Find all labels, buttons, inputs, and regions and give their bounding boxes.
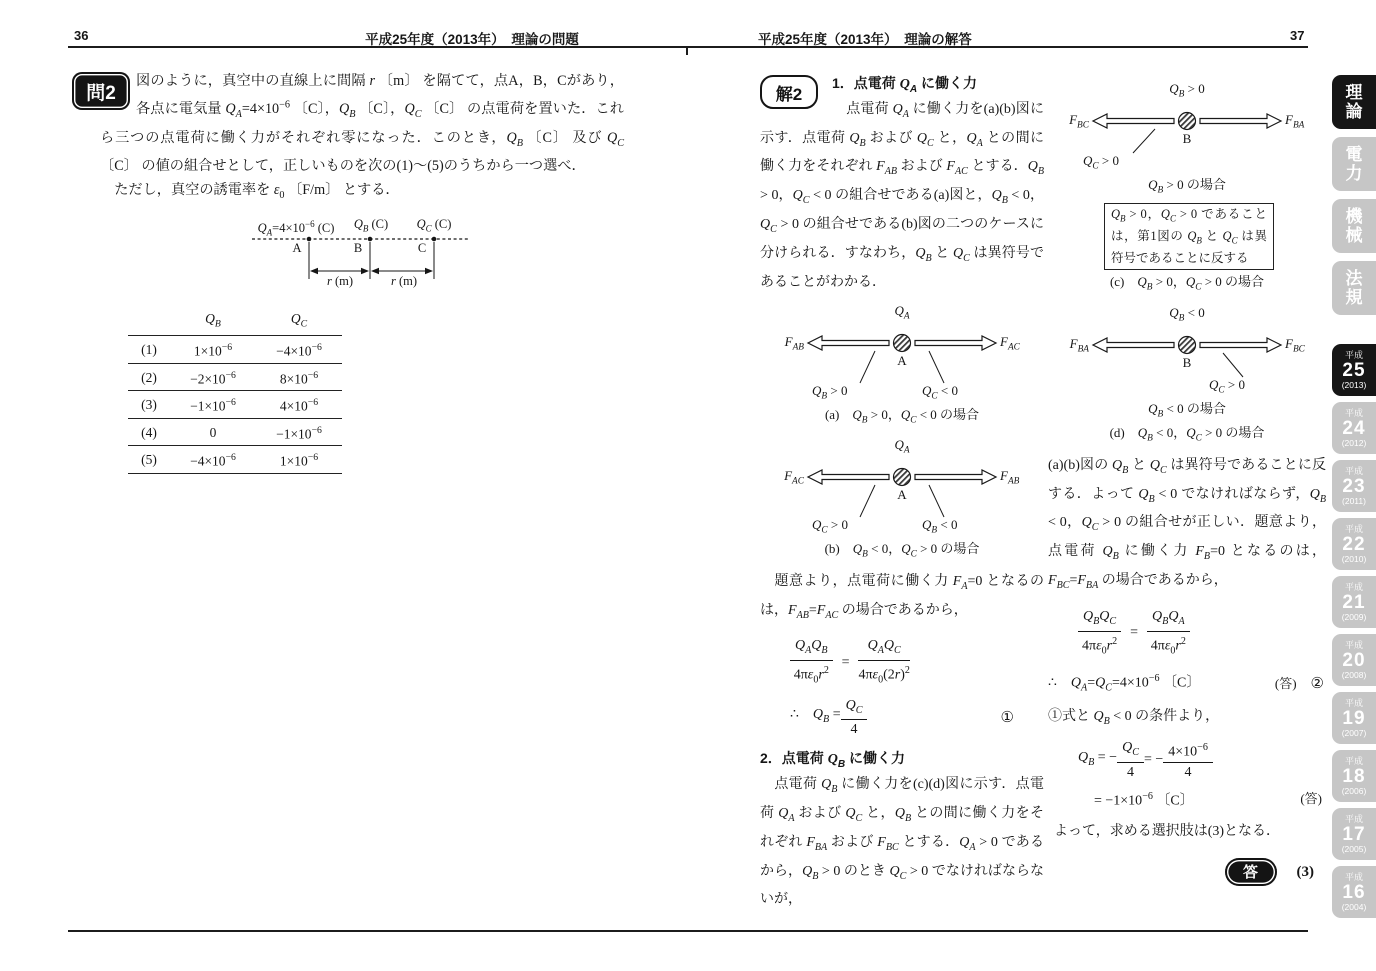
charge-circle [1179, 336, 1196, 353]
header-rule-divider [686, 46, 688, 55]
right-page-header: 平成25年度（2013年） 理論の解答 [758, 28, 972, 48]
charge-c-label: QC (C) [405, 217, 463, 236]
footer-rule [68, 930, 1308, 932]
contradiction-note: QB > 0，QC > 0 であることは，第1図の QB と QC は異符号であ… [1104, 203, 1274, 271]
year-western: (2007) [1342, 728, 1367, 739]
charge-circle [1179, 113, 1196, 130]
year-tab-h21: 平成 21 (2009) [1332, 576, 1376, 628]
top-charge-label: QA [772, 437, 1032, 459]
force-diagram-a: QA FAB FAC A QB > 0 QC < 0 (a) QB > 0，QC… [760, 301, 1044, 430]
table-row: (4)0−1×10−6 [128, 418, 342, 446]
era-label: 平成 [1345, 524, 1363, 535]
solution-right-column: QB > 0 FBC FBA B QC > 0 QB > 0 の場合 QB > … [1048, 73, 1326, 886]
distance-label-left: r (m) [312, 274, 368, 288]
center-point-label: B [1057, 355, 1317, 371]
charge-b-label: QB (C) [342, 217, 400, 236]
problem-note: ただし，真空の誘電率を ε0 〔F/m〕 とする． [100, 179, 624, 207]
point-b-letter: B [351, 241, 365, 255]
year-number: 25 [1342, 361, 1365, 380]
solution-left-column: 解2 1．点電荷 QA に働く力 点電荷 QA に働く力を(a)(b)図に示す．… [760, 73, 1044, 912]
year-number: 22 [1342, 535, 1365, 554]
figure-c-caption: (c) QB > 0，QC > 0 の場合 [1048, 273, 1326, 297]
equation-3: QBQC4πε0r2 = QBQA4πε0r2 [1078, 608, 1326, 659]
distance-label-right: r (m) [376, 274, 432, 288]
table-row: (5)−4×10−61×10−6 [128, 446, 342, 474]
qc-value: −1×10−6 [256, 418, 342, 446]
top-charge-label: QB < 0 [1057, 305, 1317, 327]
subject-tab-kikai: 機 械 [1332, 199, 1376, 253]
book-spread: 36 平成25年度（2013年） 理論の問題 平成25年度（2013年） 理論の… [0, 0, 1376, 971]
force-diagram-b: QA FAC FAB A QC > 0 QB < 0 (b) QB < 0，QC… [760, 435, 1044, 564]
qc-value: 4×10−6 [256, 391, 342, 419]
problem-text: 図のように，真空中の直線上に間隔 r 〔m〕 を隔てて，点A，B，Cがあり，各点… [100, 70, 624, 178]
year-number: 16 [1342, 883, 1365, 902]
era-label: 平成 [1345, 814, 1363, 825]
tab-label: 械 [1346, 226, 1363, 245]
left-annotation: QB > 0 [812, 383, 847, 405]
tab-label: 法 [1346, 269, 1363, 288]
top-charge-label: QB > 0 [1057, 81, 1317, 103]
option-label: (5) [128, 446, 170, 474]
center-point-label: A [772, 487, 1032, 503]
solution-para3: 点電荷 QB に働く力を(c)(d)図に示す．点電荷 QA および QC と，Q… [760, 773, 1044, 912]
era-label: 平成 [1345, 698, 1363, 709]
figure-d-subcaption: QB < 0 の場合 [1048, 400, 1326, 424]
table-header-row: QB QC [128, 307, 342, 336]
condition-line: ①式と QB < 0 の条件より， [1048, 705, 1326, 734]
left-page-number: 36 [74, 28, 88, 43]
qb-value: −2×10−6 [170, 363, 256, 391]
charge-a-label: QA=4×10−6 (C) [234, 217, 358, 240]
subject-tab-riron: 理 論 [1332, 75, 1376, 129]
year-number: 23 [1342, 477, 1365, 496]
qb-value: −1×10−6 [170, 391, 256, 419]
era-label: 平成 [1345, 640, 1363, 651]
solution-para4: (a)(b)図の QB と QC は異符号であることに反する．よって QB < … [1048, 454, 1326, 598]
equation-number-2: ② [1311, 672, 1324, 696]
option-label: (1) [128, 336, 170, 364]
charge-line-diagram: QA=4×10−6 (C) QB (C) QC (C) A B C r (m) … [250, 217, 470, 293]
force-diagram-c: QB > 0 FBC FBA B QC > 0 QB > 0 の場合 QB > … [1048, 79, 1326, 297]
year-western: (2005) [1342, 844, 1367, 855]
answer-badge: 答 [1225, 858, 1277, 886]
point-b-dot [368, 236, 373, 241]
section2-title: 2．点電荷 QB に働く力 [760, 748, 1044, 770]
year-tab-h18: 平成 18 (2006) [1332, 750, 1376, 802]
equation-4: ∴ QA=QC=4×10−6 〔C〕 (答) ② [1048, 667, 1326, 700]
qc-value: 8×10−6 [256, 363, 342, 391]
right-annotation: QC < 0 [922, 383, 958, 405]
equation-6: = −1×10−6 〔C〕 (答) [1094, 785, 1326, 814]
year-number: 19 [1342, 709, 1365, 728]
era-label: 平成 [1345, 756, 1363, 767]
solution-para2: 題意より，点電荷に働く力 FA=0 となるのは，FAB=FAC の場合であるから… [760, 570, 1044, 628]
qb-value: −4×10−6 [170, 446, 256, 474]
year-number: 17 [1342, 825, 1365, 844]
year-number: 21 [1342, 593, 1365, 612]
option-label: (3) [128, 391, 170, 419]
figure-c-subcaption: QB > 0 の場合 [1048, 176, 1326, 200]
era-label: 平成 [1345, 350, 1363, 361]
year-western: (2006) [1342, 786, 1367, 797]
year-western: (2012) [1342, 438, 1367, 449]
tab-label: 規 [1346, 288, 1363, 307]
tab-label: 理 [1346, 83, 1363, 102]
problem-page: 図のように，真空中の直線上に間隔 r 〔m〕 を隔てて，点A，B，Cがあり，各点… [100, 70, 624, 474]
tab-label: 力 [1346, 164, 1363, 183]
solution-para5: よって，求める選択肢は(3)となる． [1048, 820, 1326, 844]
tab-label: 論 [1346, 102, 1363, 121]
option-label: (4) [128, 418, 170, 446]
point-c-dot [432, 236, 437, 241]
point-a-letter: A [290, 241, 304, 255]
header-rule [68, 46, 1308, 48]
charge-circle [894, 469, 911, 486]
year-western: (2013) [1342, 380, 1367, 391]
left-annotation: QC > 0 [1083, 153, 1119, 175]
option-label: (2) [128, 363, 170, 391]
year-tab-h19: 平成 19 (2007) [1332, 692, 1376, 744]
tab-label: 電 [1346, 145, 1363, 164]
year-tab-h25: 平成 25 (2013) [1332, 344, 1376, 396]
left-annotation: QC > 0 [812, 517, 848, 539]
equation-number-1: ① [1001, 706, 1014, 730]
year-number: 20 [1342, 651, 1365, 670]
options-table: QB QC (1)1×10−6−4×10−6 (2)−2×10−68×10−6 … [128, 307, 342, 474]
solution-badge: 解2 [760, 75, 818, 109]
qb-column-header: QB [170, 307, 256, 336]
center-point-label: A [772, 353, 1032, 369]
year-tab-h17: 平成 17 (2005) [1332, 808, 1376, 860]
answer-value: (3) [1297, 860, 1315, 884]
year-number: 24 [1342, 419, 1365, 438]
equation-2: ∴ QB = QC4 ① [790, 697, 1044, 739]
era-label: 平成 [1345, 408, 1363, 419]
year-tab-group: 平成 25 (2013) 平成 24 (2012) 平成 23 (2011) 平… [1332, 344, 1376, 918]
figure-d-caption: (d) QB < 0，QC > 0 の場合 [1048, 424, 1326, 448]
point-c-letter: C [415, 241, 429, 255]
answer-mark: (答) [1275, 672, 1297, 696]
right-annotation: QC > 0 [1209, 377, 1245, 399]
qb-value: 0 [170, 418, 256, 446]
equation-5: QB = − QC4 = − 4×10−64 [1078, 739, 1326, 781]
force-diagram-d: QB < 0 FBA FBC B QC > 0 QB < 0 の場合 (d) Q… [1048, 303, 1326, 448]
solution-para1: 点電荷 QA に働く力を(a)(b)図に示す．点電荷 QB および QC と，Q… [760, 98, 1044, 295]
qc-column-header: QC [256, 307, 342, 336]
subject-tab-denryoku: 電 力 [1332, 137, 1376, 191]
table-row: (2)−2×10−68×10−6 [128, 363, 342, 391]
answer-mark: (答) [1300, 787, 1322, 811]
year-western: (2010) [1342, 554, 1367, 565]
era-label: 平成 [1345, 466, 1363, 477]
charge-circle [894, 334, 911, 351]
year-western: (2008) [1342, 670, 1367, 681]
tab-label: 機 [1346, 207, 1363, 226]
top-charge-label: QA [772, 303, 1032, 325]
year-western: (2009) [1342, 612, 1367, 623]
era-label: 平成 [1345, 872, 1363, 883]
right-annotation: QB < 0 [922, 517, 957, 539]
era-label: 平成 [1345, 582, 1363, 593]
year-western: (2004) [1342, 902, 1367, 913]
qc-value: 1×10−6 [256, 446, 342, 474]
edge-index-tabs: 理 論 電 力 機 械 法 規 平成 25 (2013) 平成 24 (2012… [1332, 75, 1376, 924]
final-answer-row: 答 (3) [1048, 858, 1326, 886]
table-row: (1)1×10−6−4×10−6 [128, 336, 342, 364]
figure-a-caption: (a) QB > 0，QC < 0 の場合 [760, 406, 1044, 430]
year-tab-h22: 平成 22 (2010) [1332, 518, 1376, 570]
year-tab-h16: 平成 16 (2004) [1332, 866, 1376, 918]
equation-1: QAQB4πε0r2 = QAQC4πε0(2r)2 [790, 637, 1044, 688]
table-row: (3)−1×10−64×10−6 [128, 391, 342, 419]
qb-value: 1×10−6 [170, 336, 256, 364]
subject-tab-houki: 法 規 [1332, 261, 1376, 315]
qc-value: −4×10−6 [256, 336, 342, 364]
year-western: (2011) [1342, 496, 1366, 507]
year-tab-h20: 平成 20 (2008) [1332, 634, 1376, 686]
year-tab-h24: 平成 24 (2012) [1332, 402, 1376, 454]
center-point-label: B [1057, 131, 1317, 147]
left-page-header: 平成25年度（2013年） 理論の問題 [282, 28, 662, 48]
figure-b-caption: (b) QB < 0，QC > 0 の場合 [760, 540, 1044, 564]
year-number: 18 [1342, 767, 1365, 786]
right-page-number: 37 [1290, 28, 1304, 43]
year-tab-h23: 平成 23 (2011) [1332, 460, 1376, 512]
